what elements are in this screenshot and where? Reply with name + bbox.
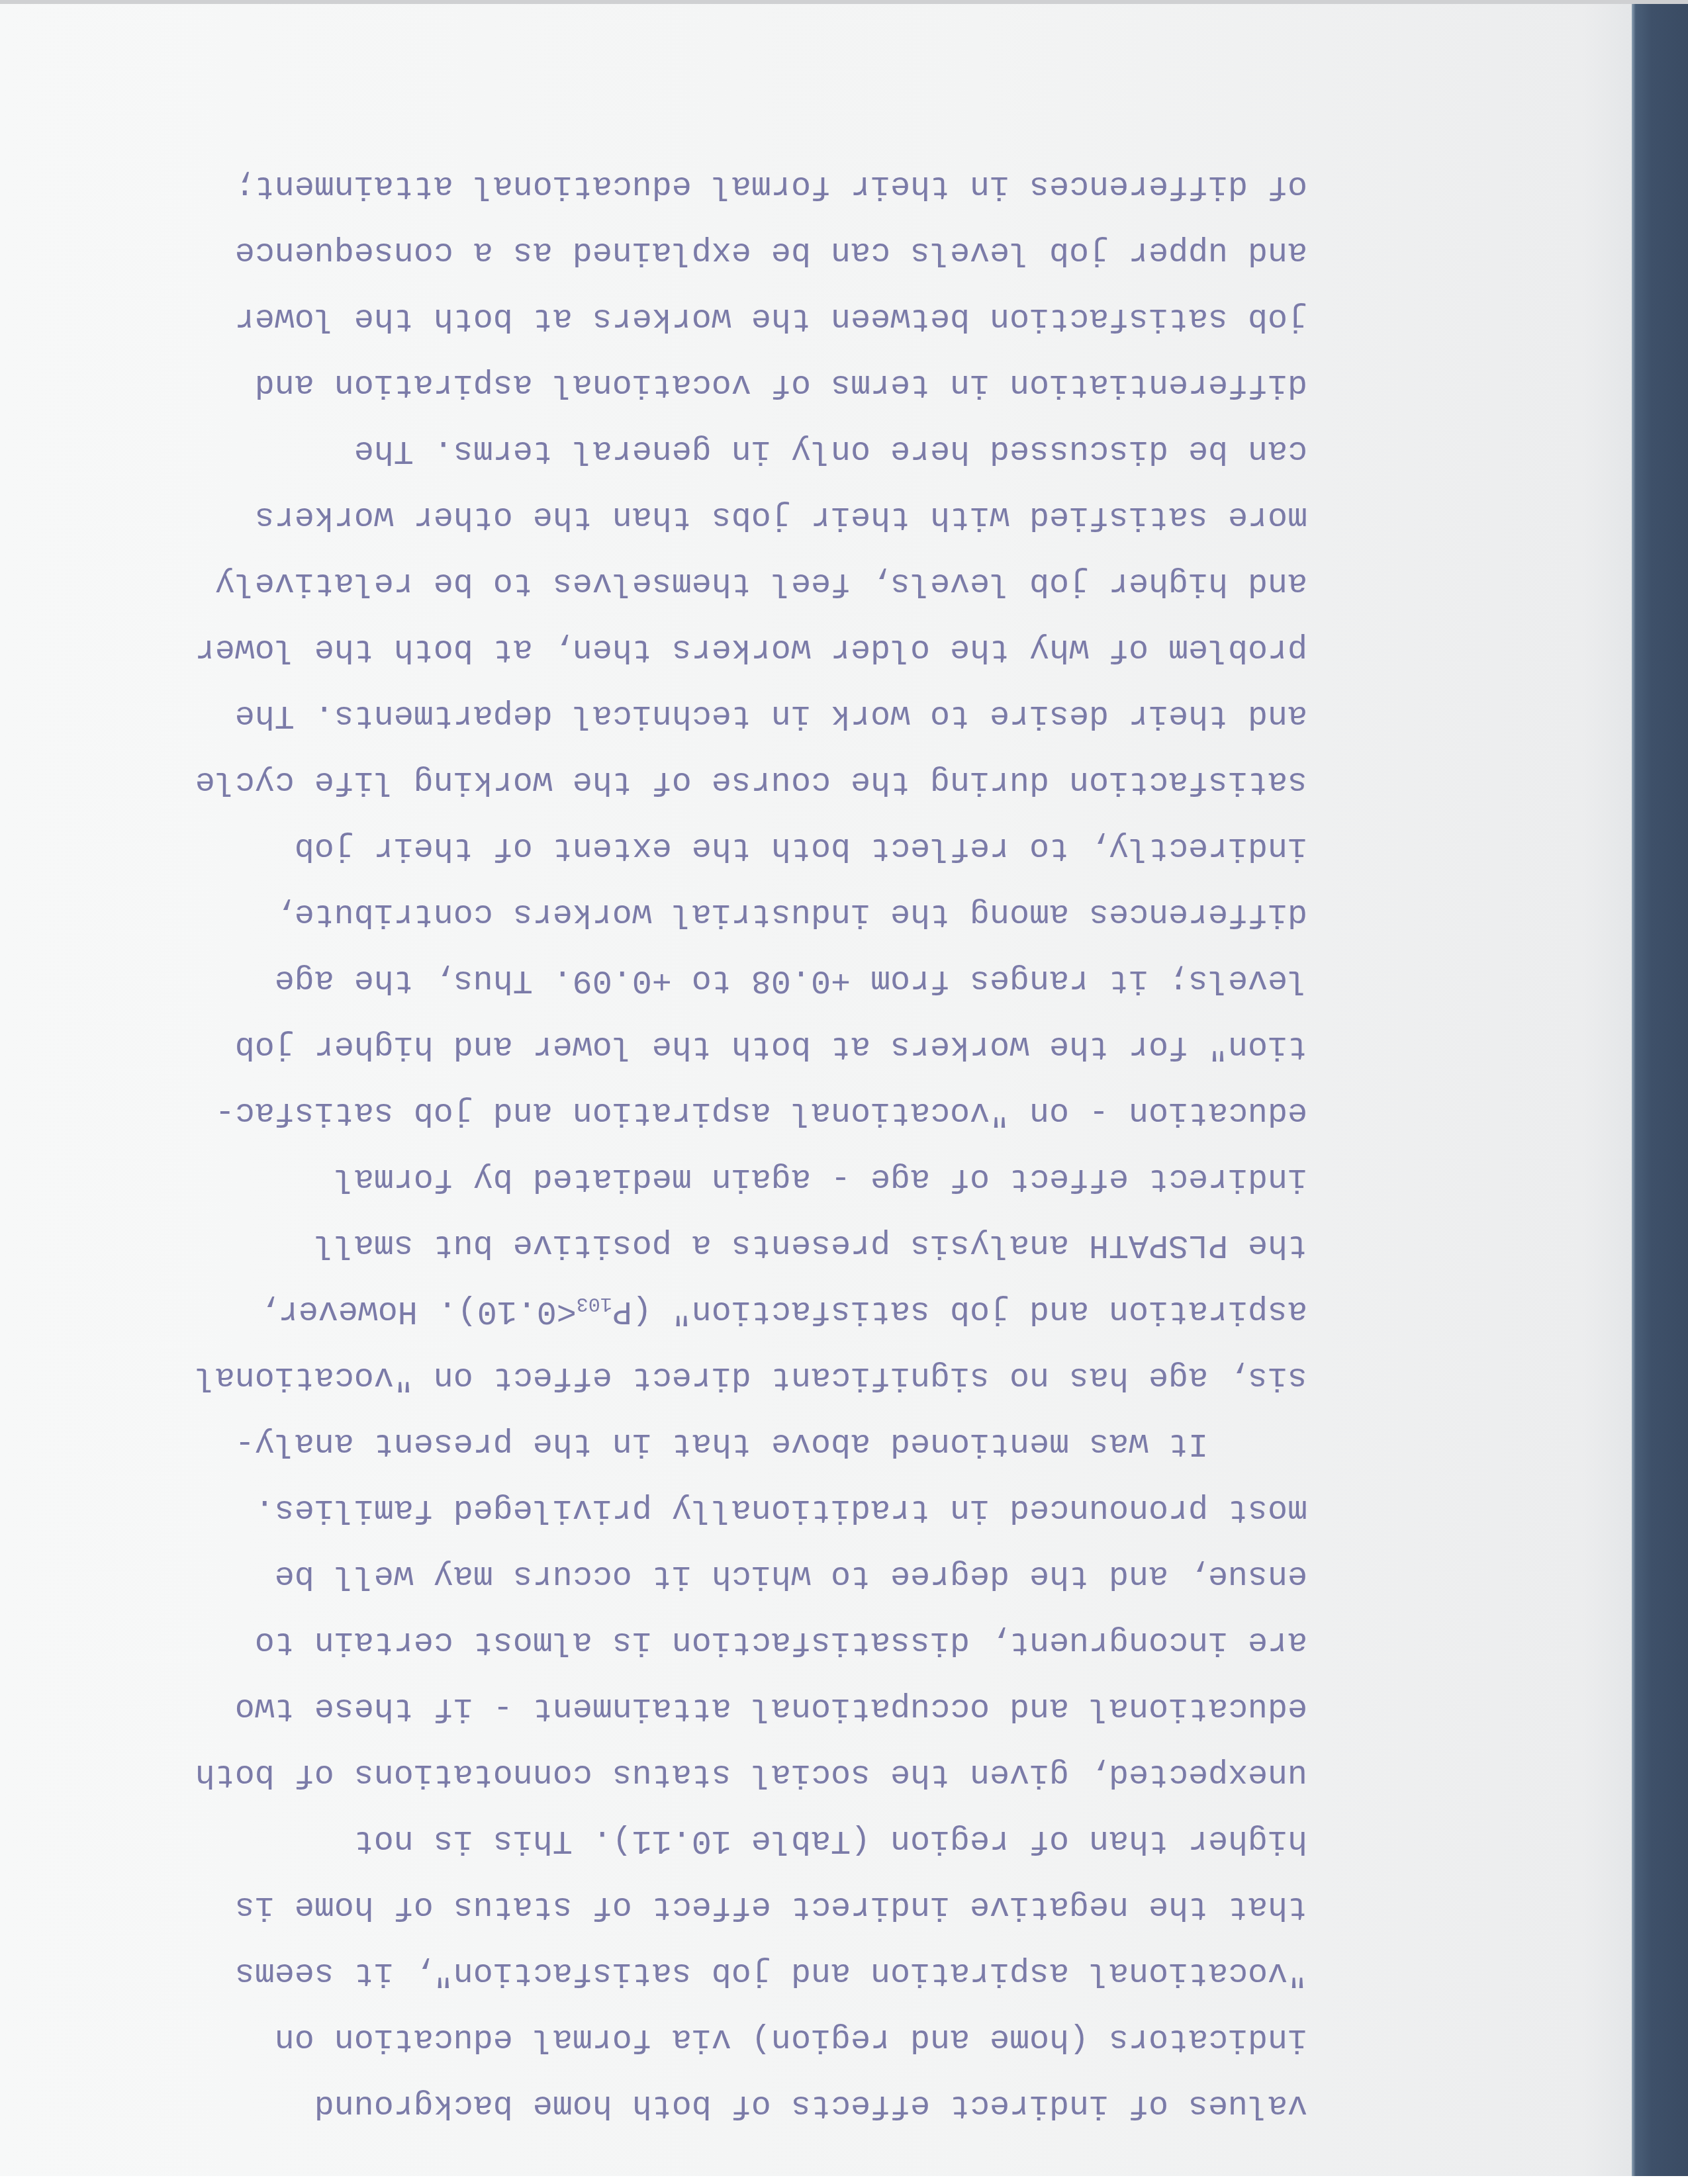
text-line: most pronounced in traditionally privile… — [142, 1476, 1307, 1542]
text-line: that the negative indirect effect of sta… — [142, 1873, 1307, 1939]
text-line: tion" for the workers at both the lower … — [142, 1013, 1307, 1079]
text-line: differentiation in terms of vocational a… — [142, 351, 1307, 417]
text-line: indicators (home and region) via formal … — [142, 2005, 1307, 2071]
scanned-page: values of indirect effects of both home … — [0, 0, 1688, 2184]
text-line: indirectly, to reflect both the extent o… — [142, 814, 1307, 880]
text-line: unexpected, given the social status conn… — [142, 1741, 1307, 1807]
text-line: the PLSPATH analysis presents a positive… — [142, 1211, 1307, 1277]
text-line: job satisfaction between the workers at … — [142, 285, 1307, 351]
text-line: It was mentioned above that in the prese… — [142, 1410, 1307, 1476]
text-line: higher than of region (Table 10.11). Thi… — [142, 1807, 1307, 1873]
text-line: "vocational aspiration and job satisfact… — [142, 1939, 1307, 2005]
text-line: indirect effect of age - again mediated … — [142, 1145, 1307, 1211]
subscript: 103 — [577, 1292, 612, 1314]
text-line: ensue, and the degree to which it occurs… — [142, 1542, 1307, 1608]
text-line: aspiration and job satisfaction" (P103<0… — [142, 1277, 1307, 1343]
text-line: differences among the industrial workers… — [142, 880, 1307, 946]
text-line: of differences in their formal education… — [142, 152, 1307, 218]
text-segment: aspiration and job satisfaction" (P — [612, 1292, 1307, 1330]
text-line: education - on "vocational aspiration an… — [142, 1079, 1307, 1145]
text-line: sis, age has no significant direct effec… — [142, 1343, 1307, 1410]
text-line: and their desire to work in technical de… — [142, 682, 1307, 748]
text-line: and higher job levels, feel themselves t… — [142, 549, 1307, 615]
text-line: levels; it ranges from +0.08 to +0.09. T… — [142, 946, 1307, 1013]
rotated-content: values of indirect effects of both home … — [0, 0, 1688, 2184]
text-line: educational and occupational attainment … — [142, 1674, 1307, 1741]
text-line: problem of why the older workers then, a… — [142, 615, 1307, 682]
text-line: and upper job levels can be explained as… — [142, 218, 1307, 285]
text-line: can be discussed here only in general te… — [142, 417, 1307, 483]
text-segment: <0.10). However, — [259, 1292, 577, 1330]
text-line: values of indirect effects of both home … — [142, 2071, 1307, 2138]
text-line: more satisfied with their jobs than the … — [142, 483, 1307, 549]
text-line: are incongruent, dissatisfaction is almo… — [142, 1608, 1307, 1674]
body-text: values of indirect effects of both home … — [142, 152, 1307, 2138]
text-line: satisfaction during the course of the wo… — [142, 748, 1307, 814]
